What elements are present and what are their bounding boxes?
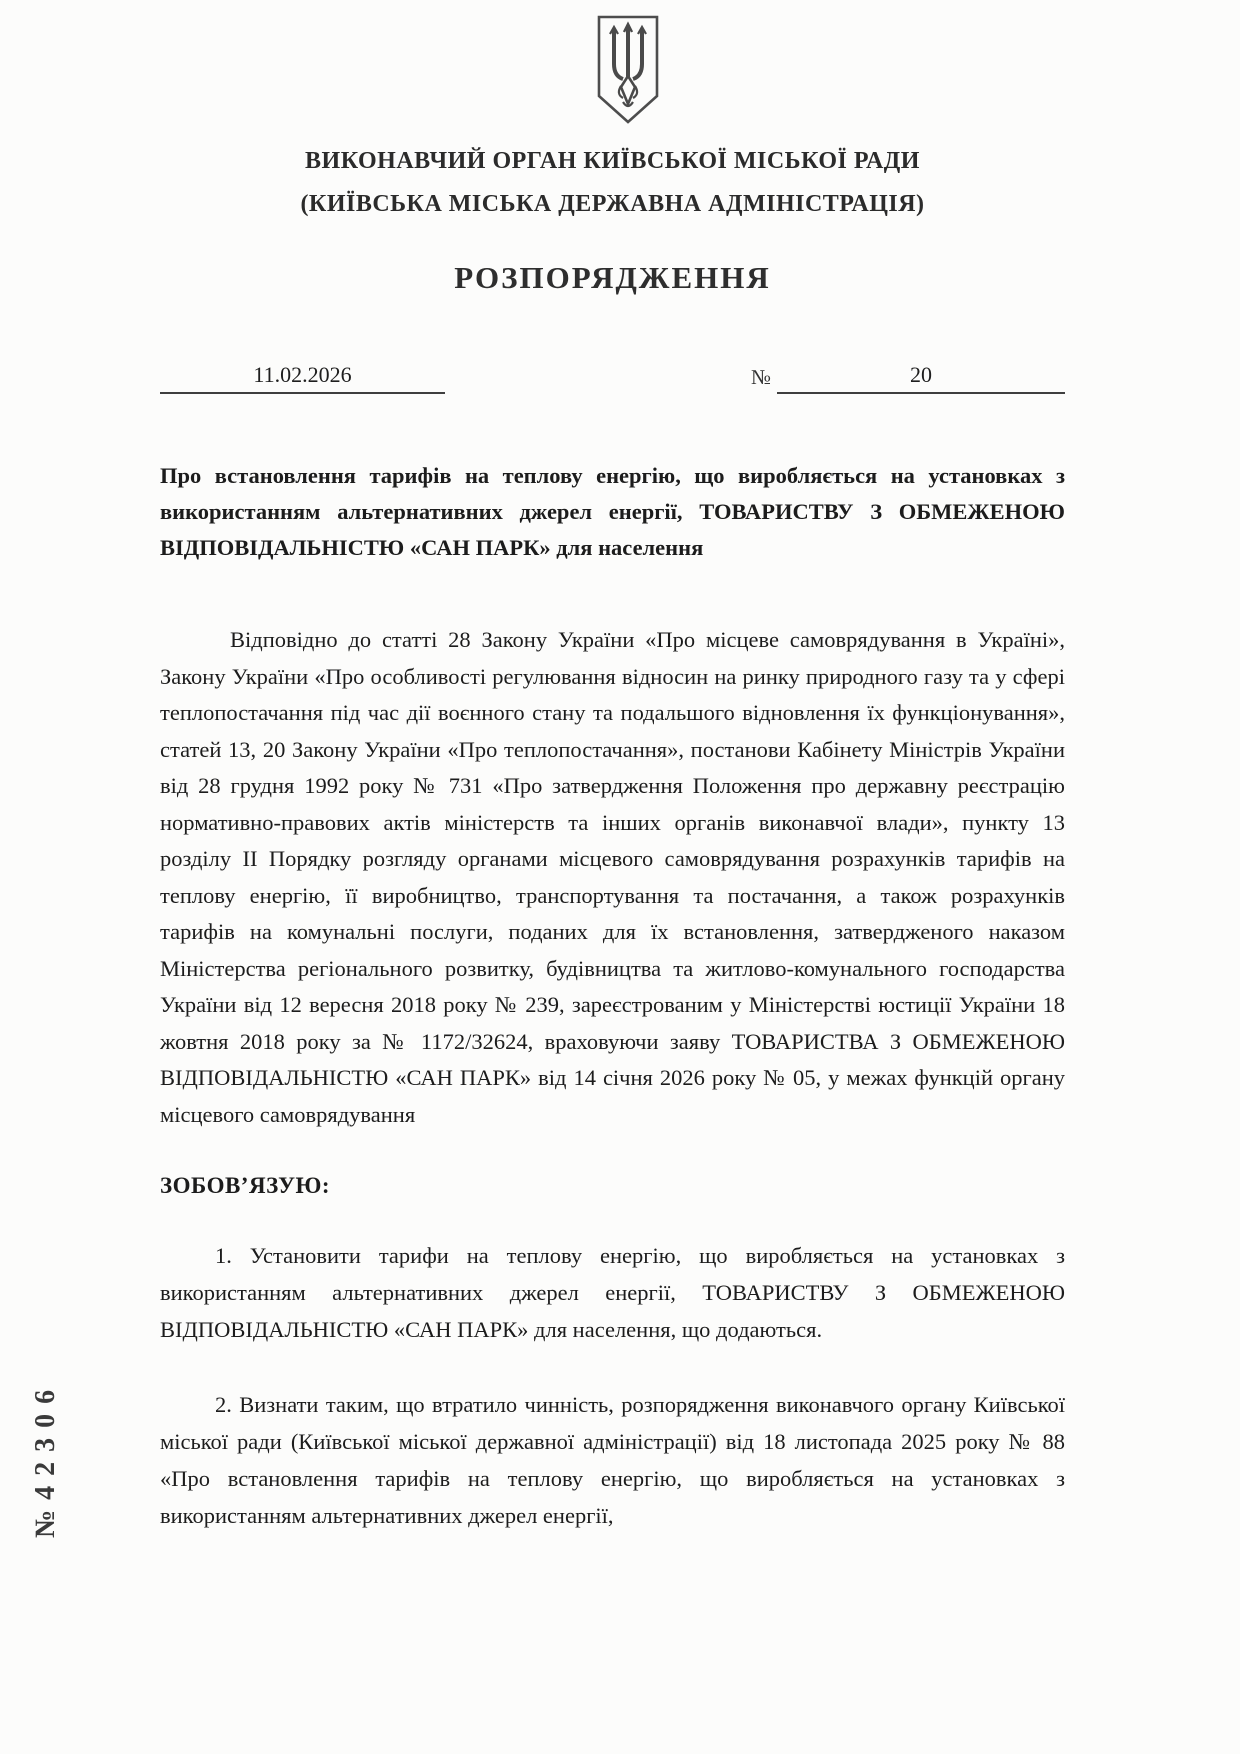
preamble-paragraph: Відповідно до статті 28 Закону України «… [160, 622, 1065, 1133]
document-content: ВИКОНАВЧИЙ ОРГАН КИЇВСЬКОЇ МІСЬКОЇ РАДИ … [160, 0, 1065, 1534]
document-type-title: РОЗПОРЯДЖЕННЯ [160, 260, 1065, 296]
order-item-1: 1. Установити тарифи на теплову енергію,… [160, 1237, 1065, 1348]
date-number-row: 11.02.2026 № 20 [160, 362, 1065, 394]
scanned-document-page: №42306 ВИКОНАВЧИЙ ОРГАН КИЇВСЬКОЇ МІСЬКО… [0, 0, 1240, 1754]
registration-stamp-number: №42306 [30, 1380, 62, 1538]
emblem-container [190, 0, 1065, 126]
document-date: 11.02.2026 [160, 362, 445, 394]
number-sign-label: № [751, 365, 777, 394]
document-number: 20 [777, 362, 1065, 394]
ukraine-trident-emblem [594, 14, 662, 126]
order-item-2: 2. Визнати таким, що втратило чинність, … [160, 1386, 1065, 1534]
issuing-authority-line2: (КИЇВСЬКА МІСЬКА ДЕРЖАВНА АДМІНІСТРАЦІЯ) [160, 191, 1065, 218]
directive-word: ЗОБОВ’ЯЗУЮ: [160, 1173, 1065, 1199]
document-subject: Про встановлення тарифів на теплову енер… [160, 458, 1065, 566]
issuing-authority-line1: ВИКОНАВЧИЙ ОРГАН КИЇВСЬКОЇ МІСЬКОЇ РАДИ [160, 148, 1065, 175]
